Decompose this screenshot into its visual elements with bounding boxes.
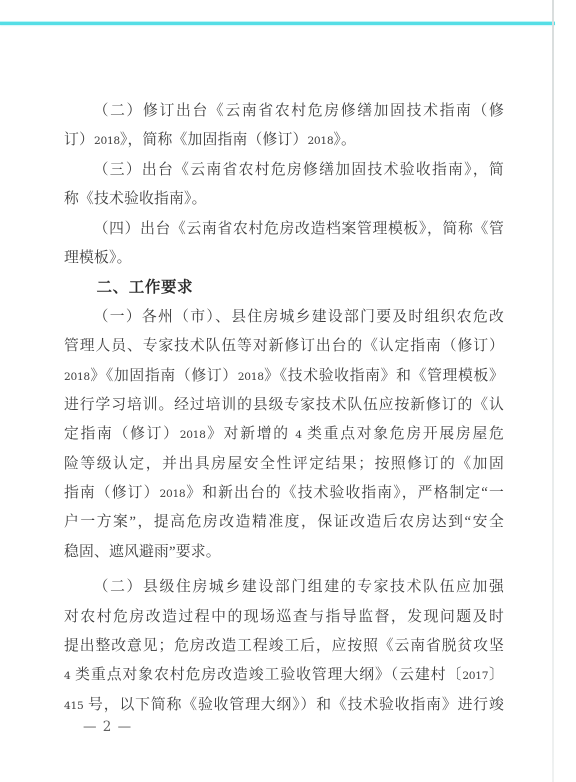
document-lines: （二）修订出台《云南省农村危房修缮加固技术指南（修订）2018》，简称《加固指南…: [64, 97, 504, 720]
text-line: 管理人员、专家技术队伍等对新修订出台的《认定指南（修订）: [64, 332, 504, 361]
text-line: 称《技术验收指南》。: [64, 185, 504, 214]
text-line: （四）出台《云南省农村危房改造档案管理模板》，简称《管: [64, 215, 504, 244]
page-number: — 2 —: [83, 719, 132, 735]
text-line: 稳固、遮风避雨”要求。: [64, 538, 504, 567]
text-line: （一）各州（市）、县住房城乡建设部门要及时组织农危改: [64, 303, 504, 332]
text-line: 理模板》。: [64, 244, 504, 273]
text-line: 指南（修订）2018》和新出台的《技术验收指南》，严格制定“一: [64, 479, 504, 508]
text-line: 2018》《加固指南（修订）2018》《技术验收指南》和《管理模板》: [64, 362, 504, 391]
text-line: （二）县级住房城乡建设部门组建的专家技术队伍应加强: [64, 573, 504, 602]
top-accent-rule: [0, 22, 555, 25]
text-line: 415 号，以下简称《验收管理大纲》）和《技术验收指南》进行竣: [64, 691, 504, 720]
text-line: 对农村危房改造过程中的现场巡查与指导监督，发现问题及时: [64, 603, 504, 632]
text-line: 户一方案”，提高危房改造精准度，保证改造后农房达到“安全: [64, 508, 504, 537]
text-line: 订）2018》，简称《加固指南（修订）2018》。: [64, 126, 504, 155]
text-line: 4 类重点对象农村危房改造竣工验收管理大纲》（云建村〔2017〕: [64, 661, 504, 690]
section-heading: 二、工作要求: [64, 273, 504, 302]
text-line: 提出整改意见；危房改造工程竣工后，应按照《云南省脱贫攻坚: [64, 632, 504, 661]
text-line: （二）修订出台《云南省农村危房修缮加固技术指南（修: [64, 97, 504, 126]
text-line: 险等级认定，并出具房屋安全性评定结果；按照修订的《加固: [64, 450, 504, 479]
text-line: 进行学习培训。经过培训的县级专家技术队伍应按新修订的《认: [64, 391, 504, 420]
page-edge-line: [552, 0, 554, 782]
text-line: （三）出台《云南省农村危房修缮加固技术验收指南》，简: [64, 156, 504, 185]
scanned-document-page: （二）修订出台《云南省农村危房修缮加固技术指南（修订）2018》，简称《加固指南…: [0, 0, 576, 782]
text-line: 定指南（修订）2018》对新增的 4 类重点对象危房开展房屋危: [64, 420, 504, 449]
